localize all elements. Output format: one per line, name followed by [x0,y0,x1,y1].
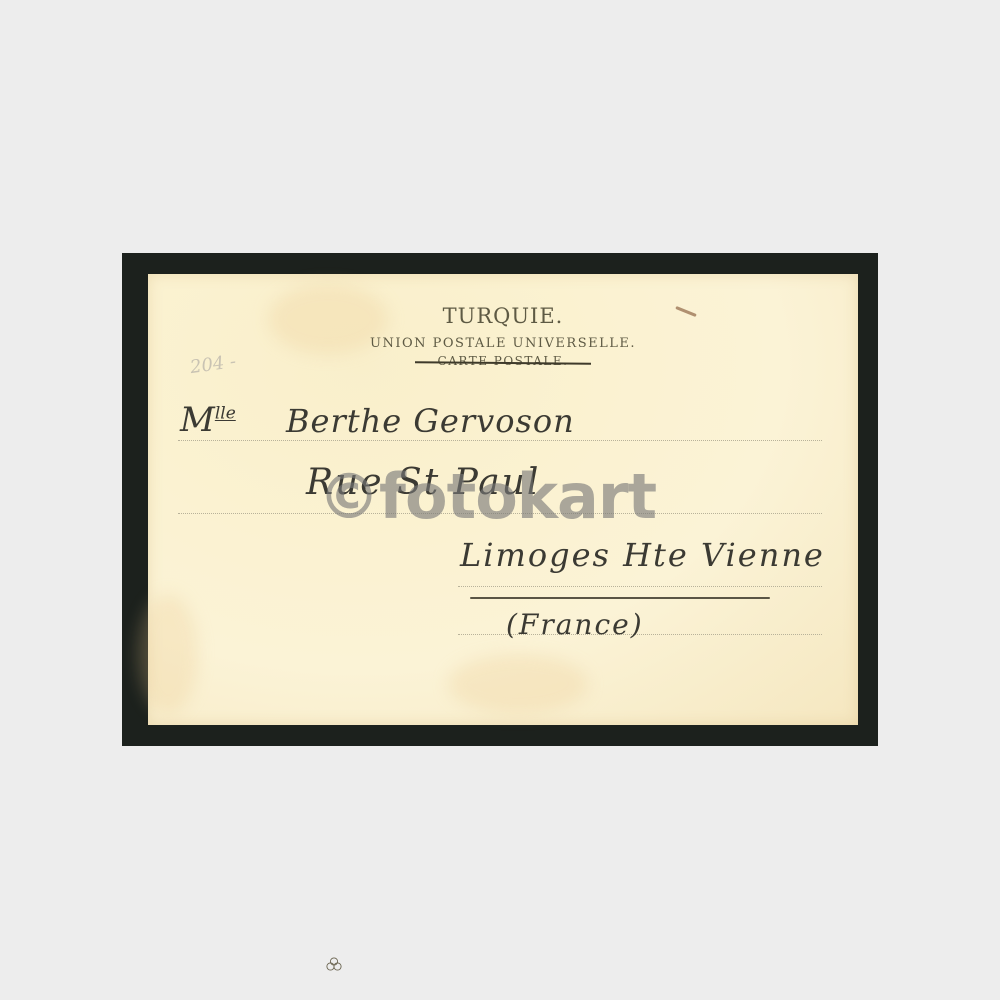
printed-union: UNION POSTALE UNIVERSELLE. [148,336,858,351]
city-line: Limoges Hte Vienne [460,536,825,574]
address-line-1 [178,440,822,441]
country: (France) [506,608,644,641]
recipient-name: Berthe Gervoson [286,402,575,440]
salutation: Mlle [180,400,236,440]
printed-country: TURQUIE. [148,304,858,328]
watermark: ©fotokart [318,460,656,533]
trefoil-logo-icon [326,957,342,971]
city-underline [470,597,770,599]
address-line-3 [458,586,822,587]
